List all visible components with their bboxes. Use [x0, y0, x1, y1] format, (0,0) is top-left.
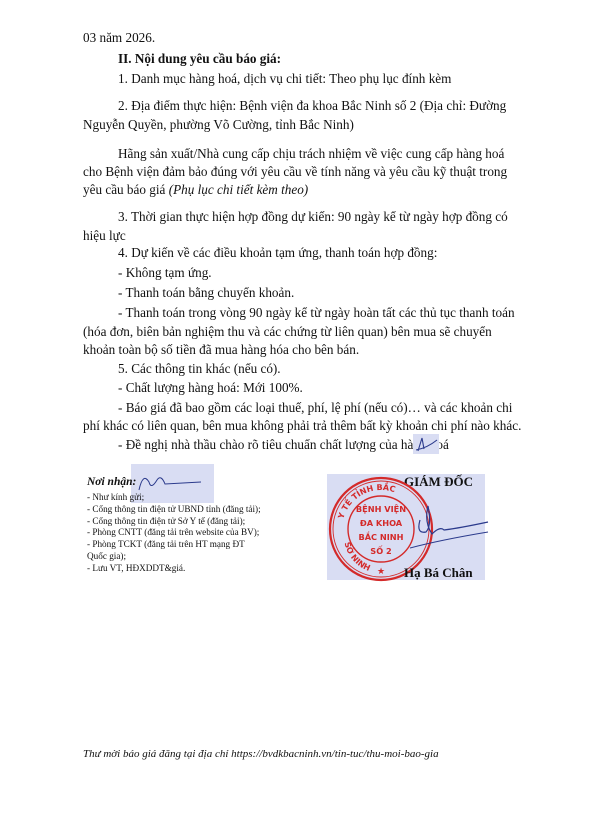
director-signature-icon [410, 500, 490, 560]
item-4-bullet-1: - Không tạm ứng. [118, 265, 212, 281]
recipient-item: - Cổng thông tin điện tử UBND tỉnh (đăng… [87, 504, 261, 516]
item-5-bullet-1: - Chất lượng hàng hoá: Mới 100%. [118, 380, 303, 396]
item-2-line-2: Nguyễn Quyền, phường Võ Cường, tỉnh Bắc … [83, 117, 354, 133]
responsibility-text: yêu cầu báo giá [83, 182, 165, 197]
initial-signature-icon [413, 434, 439, 454]
responsibility-line-2: cho Bệnh viện đảm bảo đúng với yêu cầu v… [83, 164, 507, 180]
item-4: 4. Dự kiến về các điều khoản tạm ứng, th… [118, 245, 437, 261]
document-page: 03 năm 2026. II. Nội dung yêu cầu báo gi… [0, 0, 591, 813]
svg-text:ĐA KHOA: ĐA KHOA [360, 518, 403, 528]
item-5: 5. Các thông tin khác (nếu có). [118, 361, 281, 377]
item-1: 1. Danh mục hàng hoá, dịch vụ chi tiết: … [118, 71, 451, 87]
item-5-bullet-3: - Đề nghị nhà thầu chào rõ tiêu chuẩn ch… [118, 437, 449, 453]
recipient-item: Quốc gia); [87, 551, 126, 563]
svg-text:BẮC NINH: BẮC NINH [358, 530, 403, 542]
item-5-bullet-2-line-2: phí khác có liên quan, bên mua không phả… [83, 418, 521, 434]
svg-text:SỐ 2: SỐ 2 [370, 544, 391, 556]
item-2-line-1: 2. Địa điểm thực hiện: Bệnh viện đa khoa… [118, 98, 506, 114]
recipients-title: Nơi nhận: [87, 476, 136, 488]
svg-text:Y TẾ TỈNH BẮC: Y TẾ TỈNH BẮC [336, 480, 396, 521]
initial-mark-highlight [413, 434, 439, 454]
svg-text:BỆNH VIỆN: BỆNH VIỆN [356, 504, 406, 514]
item-4-bullet-3-line-1: - Thanh toán trong vòng 90 ngày kể từ ng… [118, 305, 515, 321]
recipient-item: - Như kính gửi; [87, 492, 144, 504]
responsibility-line-3: yêu cầu báo giá (Phụ lục chi tiết kèm th… [83, 182, 308, 198]
item-3-line-1: 3. Thời gian thực hiện hợp đồng dự kiến:… [118, 209, 508, 225]
date-tail: 03 năm 2026. [83, 30, 155, 46]
recipient-item: - Phòng TCKT (đăng tải trên HT mạng ĐT [87, 539, 245, 551]
signer-name: Hạ Bá Chân [404, 565, 473, 581]
recipient-item: - Cổng thông tin điện tử Sở Y tế (đăng t… [87, 516, 245, 528]
responsibility-line-1: Hãng sản xuất/Nhà cung cấp chịu trách nh… [118, 146, 504, 162]
item-4-bullet-2: - Thanh toán bằng chuyển khoản. [118, 285, 294, 301]
recipient-item: - Phòng CNTT (đăng tải trên website của … [87, 527, 259, 539]
section-title: II. Nội dung yêu cầu báo giá: [118, 51, 281, 67]
recipient-item: - Lưu VT, HĐXDDT&giá. [87, 563, 185, 575]
svg-text:★: ★ [377, 566, 385, 576]
item-3-line-2: hiệu lực [83, 228, 126, 244]
appendix-note: (Phụ lục chi tiết kèm theo) [169, 182, 309, 197]
item-4-bullet-3-line-3: khoản toàn bộ số tiền đã mua hàng hóa ch… [83, 342, 359, 358]
footer-note: Thư mời báo giá đăng tại địa chỉ https:/… [83, 748, 439, 760]
item-5-bullet-2-line-1: - Báo giá đã bao gồm các loại thuế, phí,… [118, 400, 512, 416]
item-4-bullet-3-line-2: (hóa đơn, biên bản nghiệm thu và các chứ… [83, 324, 492, 340]
